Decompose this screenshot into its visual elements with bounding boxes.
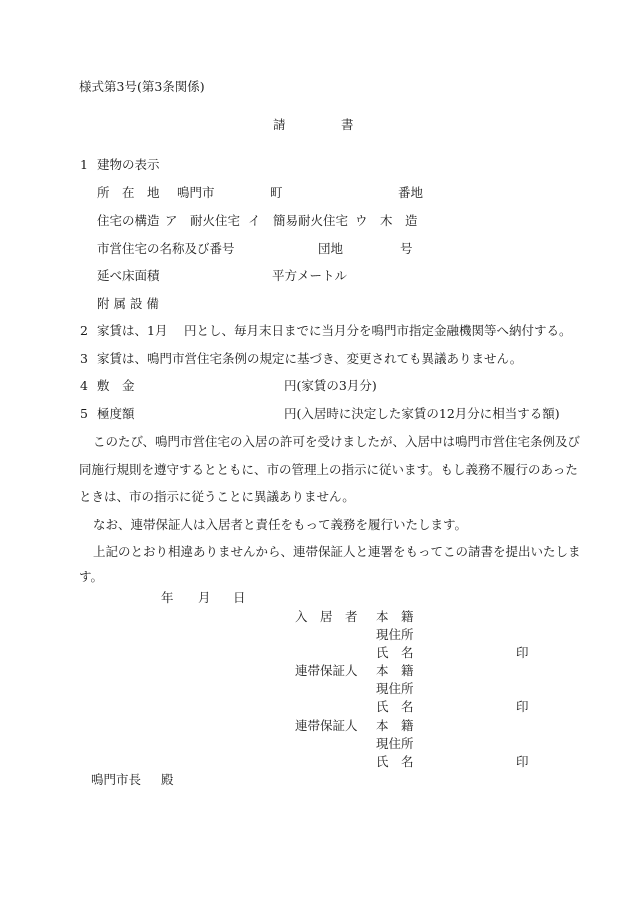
structure-option-i: イ 簡易耐火住宅 xyxy=(248,214,348,228)
date-month: 月 xyxy=(198,591,211,605)
paragraph2: なお、連帯保証人は入居者と責任をもって義務を履行いたします。 xyxy=(93,518,467,532)
title-char-2: 書 xyxy=(341,118,354,132)
signer-address-label: 現住所 xyxy=(376,628,414,642)
structure-option-a: ア 耐火住宅 xyxy=(165,214,240,228)
form-number: 様式第3号(第3条関係) xyxy=(79,80,205,94)
location-city: 鳴門市 xyxy=(177,186,215,200)
item5-label: 極度額 xyxy=(97,407,135,421)
item3-text: 家賃は、鳴門市営住宅条例の規定に基づき、変更されても異議ありません。 xyxy=(97,352,522,366)
seal-mark: 印 xyxy=(516,700,529,714)
date-year: 年 xyxy=(161,591,174,605)
location-town: 町 xyxy=(270,186,283,200)
signer-role: 連帯保証人 xyxy=(295,719,358,733)
signer-role: 連帯保証人 xyxy=(295,664,358,678)
name-number-label: 市営住宅の名称及び番号 xyxy=(97,242,235,256)
title-char-1: 請 xyxy=(273,118,286,132)
section1-number: 1 xyxy=(80,158,88,172)
item2-number: 2 xyxy=(80,324,88,338)
paragraph1-line3: ときは、市の指示に従うことに異議ありません。 xyxy=(79,490,355,504)
signer-name-label: 氏 名 xyxy=(376,646,414,660)
signer-domicile-label: 本 籍 xyxy=(376,719,414,733)
structure-option-u: ウ 木 造 xyxy=(355,214,418,228)
item5-number: 5 xyxy=(80,407,88,421)
paragraph3-line2: す。 xyxy=(79,570,103,584)
signer-domicile-label: 本 籍 xyxy=(376,664,414,678)
addressee-honorific: 殿 xyxy=(161,773,174,787)
location-label: 所 在 地 xyxy=(97,186,160,200)
item5-amount: 円(入居時に決定した家賃の12月分に相当する額) xyxy=(284,407,560,421)
seal-mark: 印 xyxy=(516,755,529,769)
signer-address-label: 現住所 xyxy=(376,737,414,751)
signer-address-label: 現住所 xyxy=(376,682,414,696)
item4-number: 4 xyxy=(80,379,88,393)
go-label: 号 xyxy=(400,242,413,256)
paragraph1-line2: 同施行規則を遵守するとともに、市の管理上の指示に従います。もし義務不履行のあった xyxy=(79,463,578,477)
floor-area-unit: 平方メートル xyxy=(272,269,347,283)
paragraph1-line1: このたび、鳴門市営住宅の入居の許可を受けましたが、入居中は鳴門市営住宅条例及び xyxy=(93,435,580,449)
signer-role: 入 居 者 xyxy=(295,610,358,624)
item2-text-b: 円とし、毎月末日までに当月分を鳴門市指定金融機関等へ納付する。 xyxy=(184,324,572,338)
equipment-label: 附 属 設 備 xyxy=(97,297,159,311)
structure-label: 住宅の構造 xyxy=(97,214,160,228)
location-lot: 番地 xyxy=(398,186,423,200)
item2-text-a: 家賃は、1月 xyxy=(97,324,167,338)
signer-name-label: 氏 名 xyxy=(376,755,414,769)
paragraph3-line1: 上記のとおり相違ありませんから、連帯保証人と連署をもってこの請書を提出いたしま xyxy=(93,545,581,559)
seal-mark: 印 xyxy=(516,646,529,660)
item3-number: 3 xyxy=(80,352,88,366)
signer-name-label: 氏 名 xyxy=(376,700,414,714)
item4-label: 敷 金 xyxy=(97,379,135,393)
section1-heading: 建物の表示 xyxy=(97,158,160,172)
date-day: 日 xyxy=(233,591,246,605)
signer-domicile-label: 本 籍 xyxy=(376,610,414,624)
item4-amount: 円(家賃の3月分) xyxy=(284,379,377,393)
addressee-name: 鳴門市長 xyxy=(91,773,141,787)
danchi-label: 団地 xyxy=(318,242,343,256)
floor-area-label: 延べ床面積 xyxy=(97,269,160,283)
